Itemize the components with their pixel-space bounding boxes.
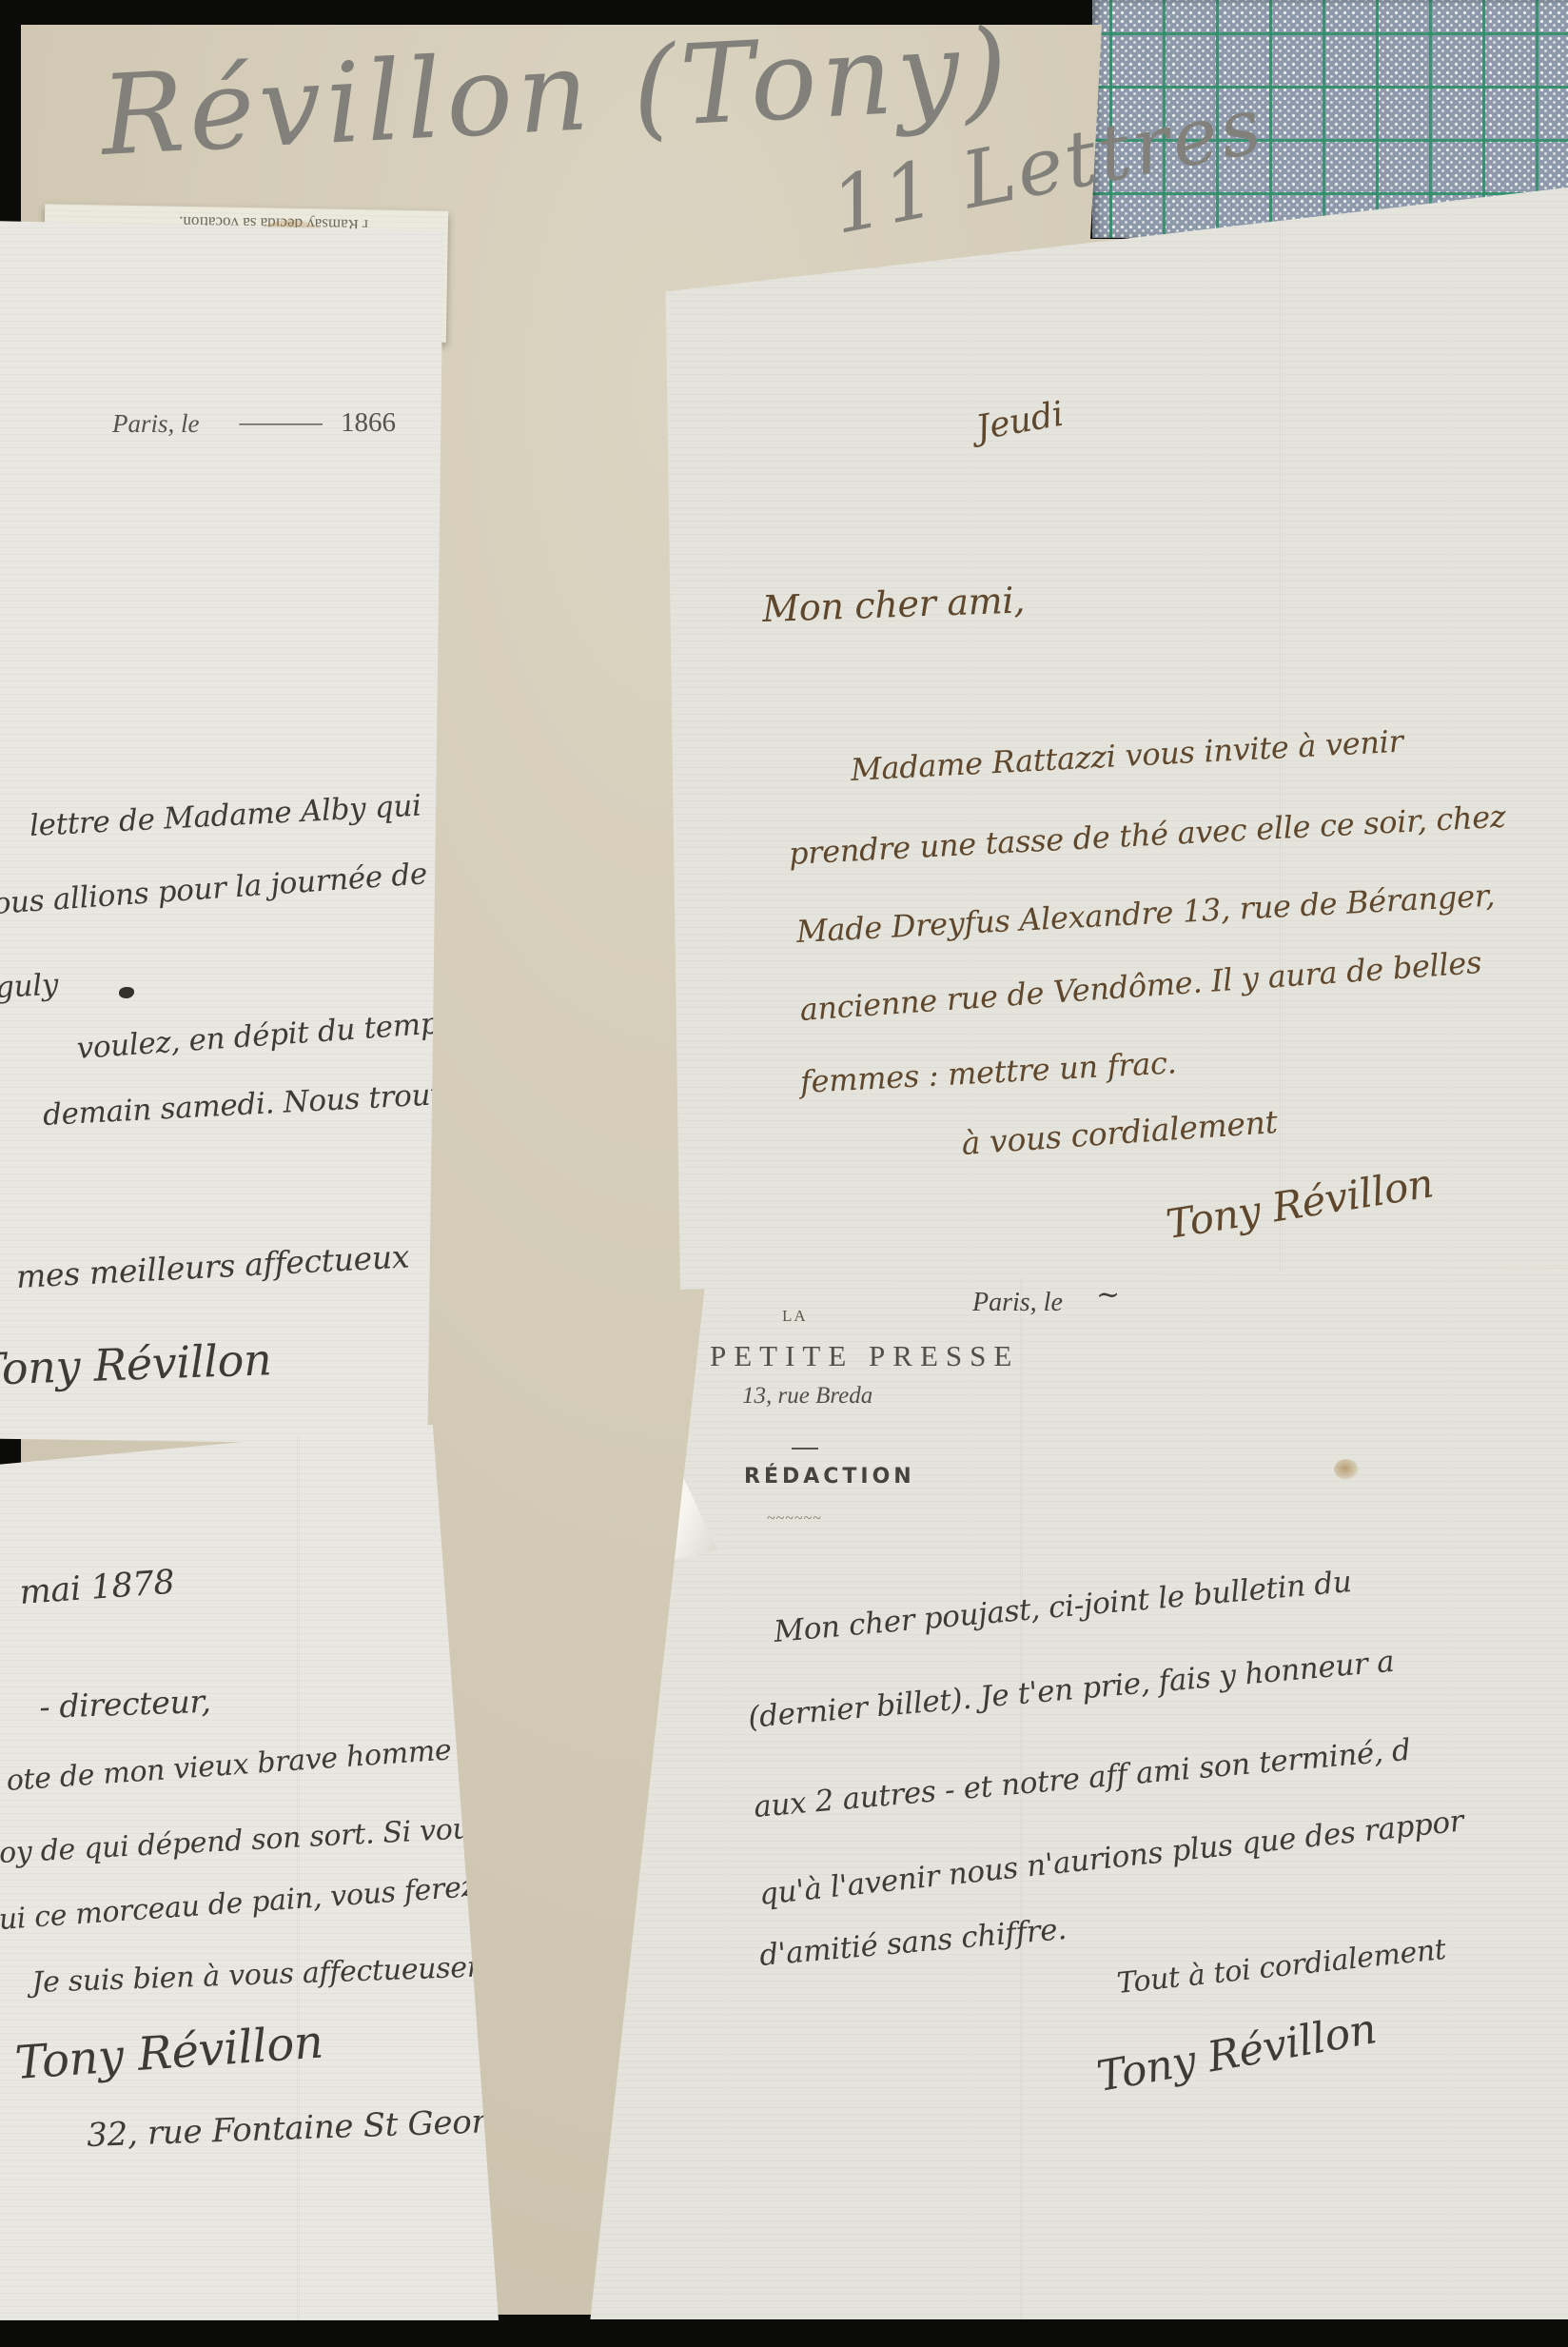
signature: Tony Révillon [1093,2004,1380,2101]
handwritten-line: aux 2 autres - et notre aff ami son term… [753,1733,1412,1824]
letterhead-la: LA [782,1307,808,1326]
signature: Tony Révillon [13,2016,324,2090]
letter-date: mai 1878 [18,1564,175,1612]
closing: à vous cordialement [960,1103,1278,1162]
handwritten-line: qu'à l'avenir nous n'aurions plus que de… [757,1804,1465,1912]
letterhead-rule: — [240,407,322,437]
handwritten-line: prendre une tasse de thé avec elle ce so… [788,799,1506,872]
letter-1878: mai 1878 - directeur, ote de mon vieux b… [0,1420,499,2320]
letterhead-year: 1866 [341,407,396,439]
handwritten-line: lettre de Madame Alby qui [29,788,421,843]
closing: Je suis bien à vous affectueusement. [31,1948,549,2000]
letter-1866: Paris, le — 1866 lettre de Madame Alby q… [0,221,443,1445]
address-line: 32, rue Fontaine St Georges. [87,2100,553,2155]
handwritten-line: oy de qui dépend son sort. Si vous [0,1811,485,1870]
ink-blot [119,987,134,998]
letterhead-rule [792,1448,818,1450]
signature: Tony Révillon [0,1333,272,1395]
salutation: Mon cher ami, [761,579,1025,630]
paper-stain [1334,1459,1359,1480]
signature: Tony Révillon [1163,1159,1436,1248]
letter-jeudi: Jeudi Mon cher ami, Madame Rattazzi vous… [657,181,1568,1290]
handwritten-line: Made Dreyfus Alexandre 13, rue de Bérang… [795,878,1496,950]
handwritten-line: mes meilleurs affectueux [15,1237,410,1295]
handwritten-line: ote de mon vieux brave homme pour [6,1728,528,1798]
letterhead-title: PETITE PRESSE [710,1339,1019,1373]
salutation: - directeur, [39,1683,211,1726]
letterhead-flourish: ~~~~~~ [767,1510,822,1528]
letterhead-place: Paris, le [112,409,200,439]
handwritten-line: guly [0,968,59,1005]
letterhead-place: Paris, le [972,1288,1063,1318]
handwritten-line: femmes : mettre un frac. [799,1044,1177,1100]
photo-of-letters: Révillon (Tony) 11 Lettres XVIIIe siècle… [0,0,1568,2347]
handwritten-line: Mon cher poujast, ci-joint le bulletin d… [773,1565,1353,1649]
letter-petite-presse: LA PETITE PRESSE 13, rue Breda RÉDACTION… [580,1261,1568,2319]
letterhead-section: RÉDACTION [744,1465,915,1489]
handwritten-line: ui ce morceau de pain, vous ferez une [0,1866,539,1937]
handwritten-line: ancienne rue de Vendôme. Il y aura de be… [798,944,1482,1028]
letterhead-address: 13, rue Breda [742,1383,872,1410]
letter-date: Jeudi [973,395,1067,448]
pen-mark: ~ [1096,1278,1120,1312]
handwritten-line: Madame Rattazzi vous invite à venir [850,723,1403,788]
handwritten-line: (dernier billet). Je t'en prie, fais y h… [747,1645,1396,1735]
closing: Tout à toi cordialement [1115,1933,1447,2001]
fold-crease [297,1420,300,2320]
handwritten-line: ous allions pour la journée de [0,857,428,921]
